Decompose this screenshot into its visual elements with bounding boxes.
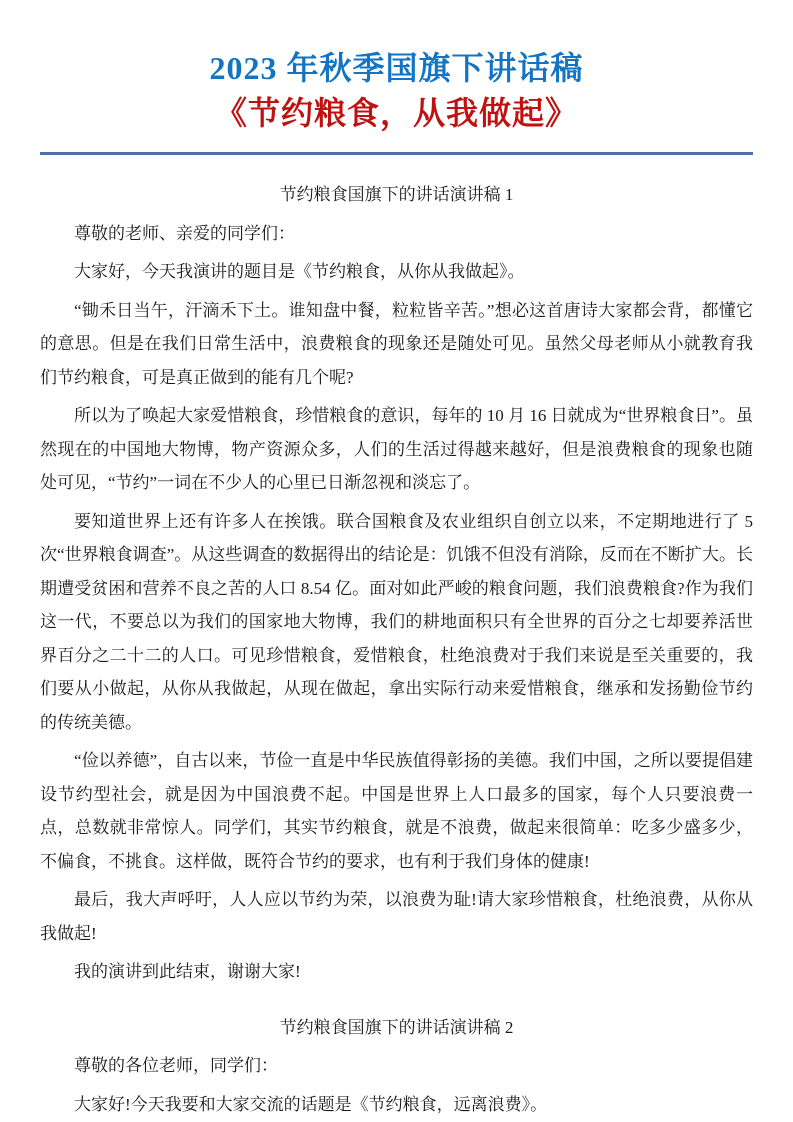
section-2-paragraph-salutation: 尊敬的各位老师，同学们： (40, 1049, 753, 1083)
section-2-paragraph-opening: 大家好!今天我要和大家交流的话题是《节约粮食，远离浪费》。 (40, 1088, 753, 1122)
section-1-paragraph-salutation: 尊敬的老师、亲爱的同学们： (40, 217, 753, 251)
document-title-line1: 2023 年秋季国旗下讲话稿 (40, 46, 753, 91)
section-1-paragraph-closing: 我的演讲到此结束，谢谢大家! (40, 955, 753, 989)
section-1-paragraph-hunger-facts: 要知道世界上还有许多人在挨饿。联合国粮食及农业组织自创立以来，不定期地进行了 5… (40, 505, 753, 740)
section-1-paragraph-virtue: “俭以养德”，自古以来，节俭一直是中华民族值得彰扬的美德。我们中国，之所以要提倡… (40, 744, 753, 878)
document-header: 2023 年秋季国旗下讲话稿 《节约粮食，从我做起》 (40, 0, 753, 155)
section-1-paragraph-poem: “锄禾日当午，汗滴禾下土。谁知盘中餐，粒粒皆辛苦。”想必这首唐诗大家都会背，都懂… (40, 294, 753, 395)
document-title-line2: 《节约粮食，从我做起》 (40, 91, 753, 136)
section-1-paragraph-appeal: 最后，我大声呼吁，人人应以节约为荣，以浪费为耻!请大家珍惜粮食，杜绝浪费，从你从… (40, 883, 753, 950)
document-page: 2023 年秋季国旗下讲话稿 《节约粮食，从我做起》 节约粮食国旗下的讲话演讲稿… (0, 0, 793, 1122)
section-1-heading: 节约粮食国旗下的讲话演讲稿 1 (40, 178, 753, 212)
section-1-paragraph-opening: 大家好，今天我演讲的题目是《节约粮食，从你从我做起》。 (40, 255, 753, 289)
section-2-heading: 节约粮食国旗下的讲话演讲稿 2 (40, 1011, 753, 1045)
section-1-paragraph-world-food-day: 所以为了唤起大家爱惜粮食，珍惜粮食的意识，每年的 10 月 16 日就成为“世界… (40, 399, 753, 500)
document-body: 节约粮食国旗下的讲话演讲稿 1 尊敬的老师、亲爱的同学们： 大家好，今天我演讲的… (40, 155, 753, 1121)
